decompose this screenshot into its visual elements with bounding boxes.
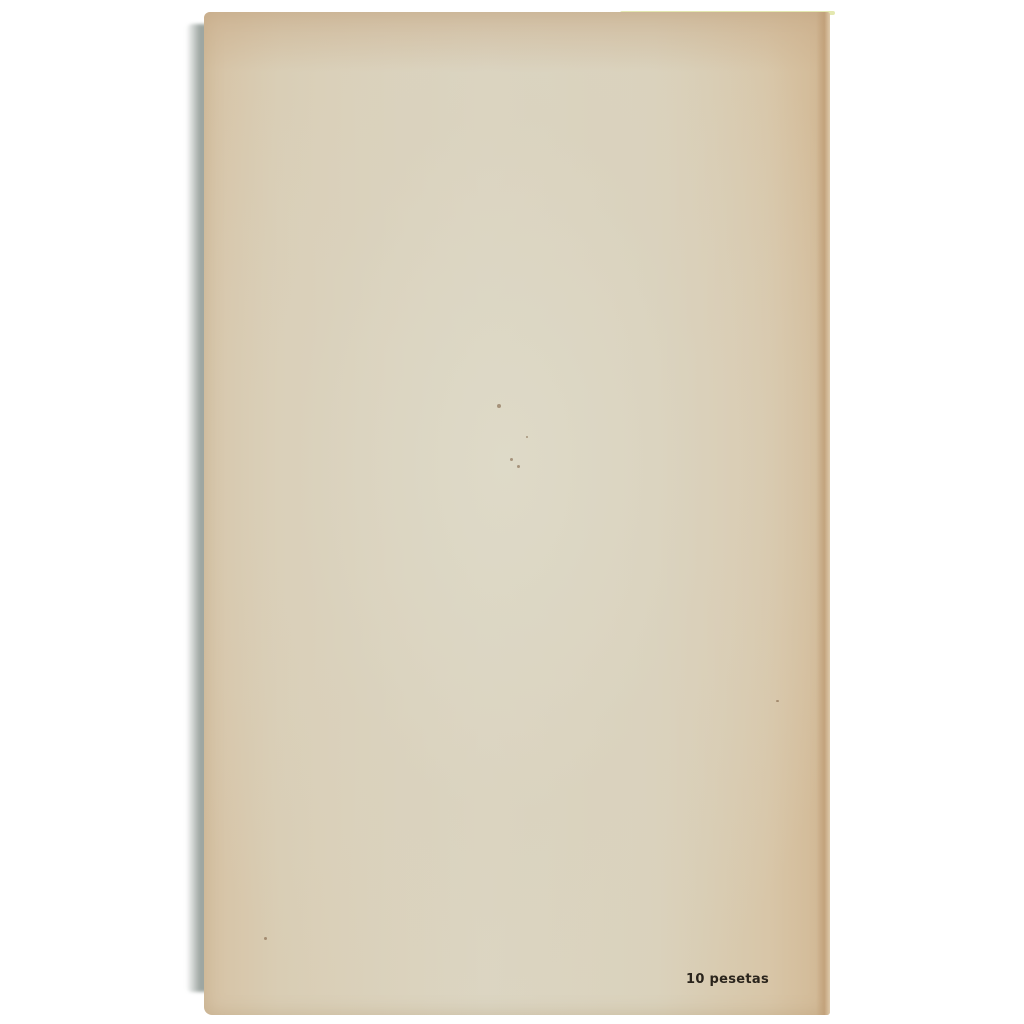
book-back-cover xyxy=(204,12,830,1015)
stain-speck xyxy=(526,436,528,438)
stain-speck xyxy=(776,700,779,702)
stain-speck xyxy=(264,937,267,940)
photo-scene: 10 pesetas xyxy=(0,0,1024,1024)
stain-speck xyxy=(517,465,520,468)
stain-speck xyxy=(510,458,513,461)
price-label: 10 pesetas xyxy=(686,972,769,987)
stain-speck xyxy=(497,404,501,408)
